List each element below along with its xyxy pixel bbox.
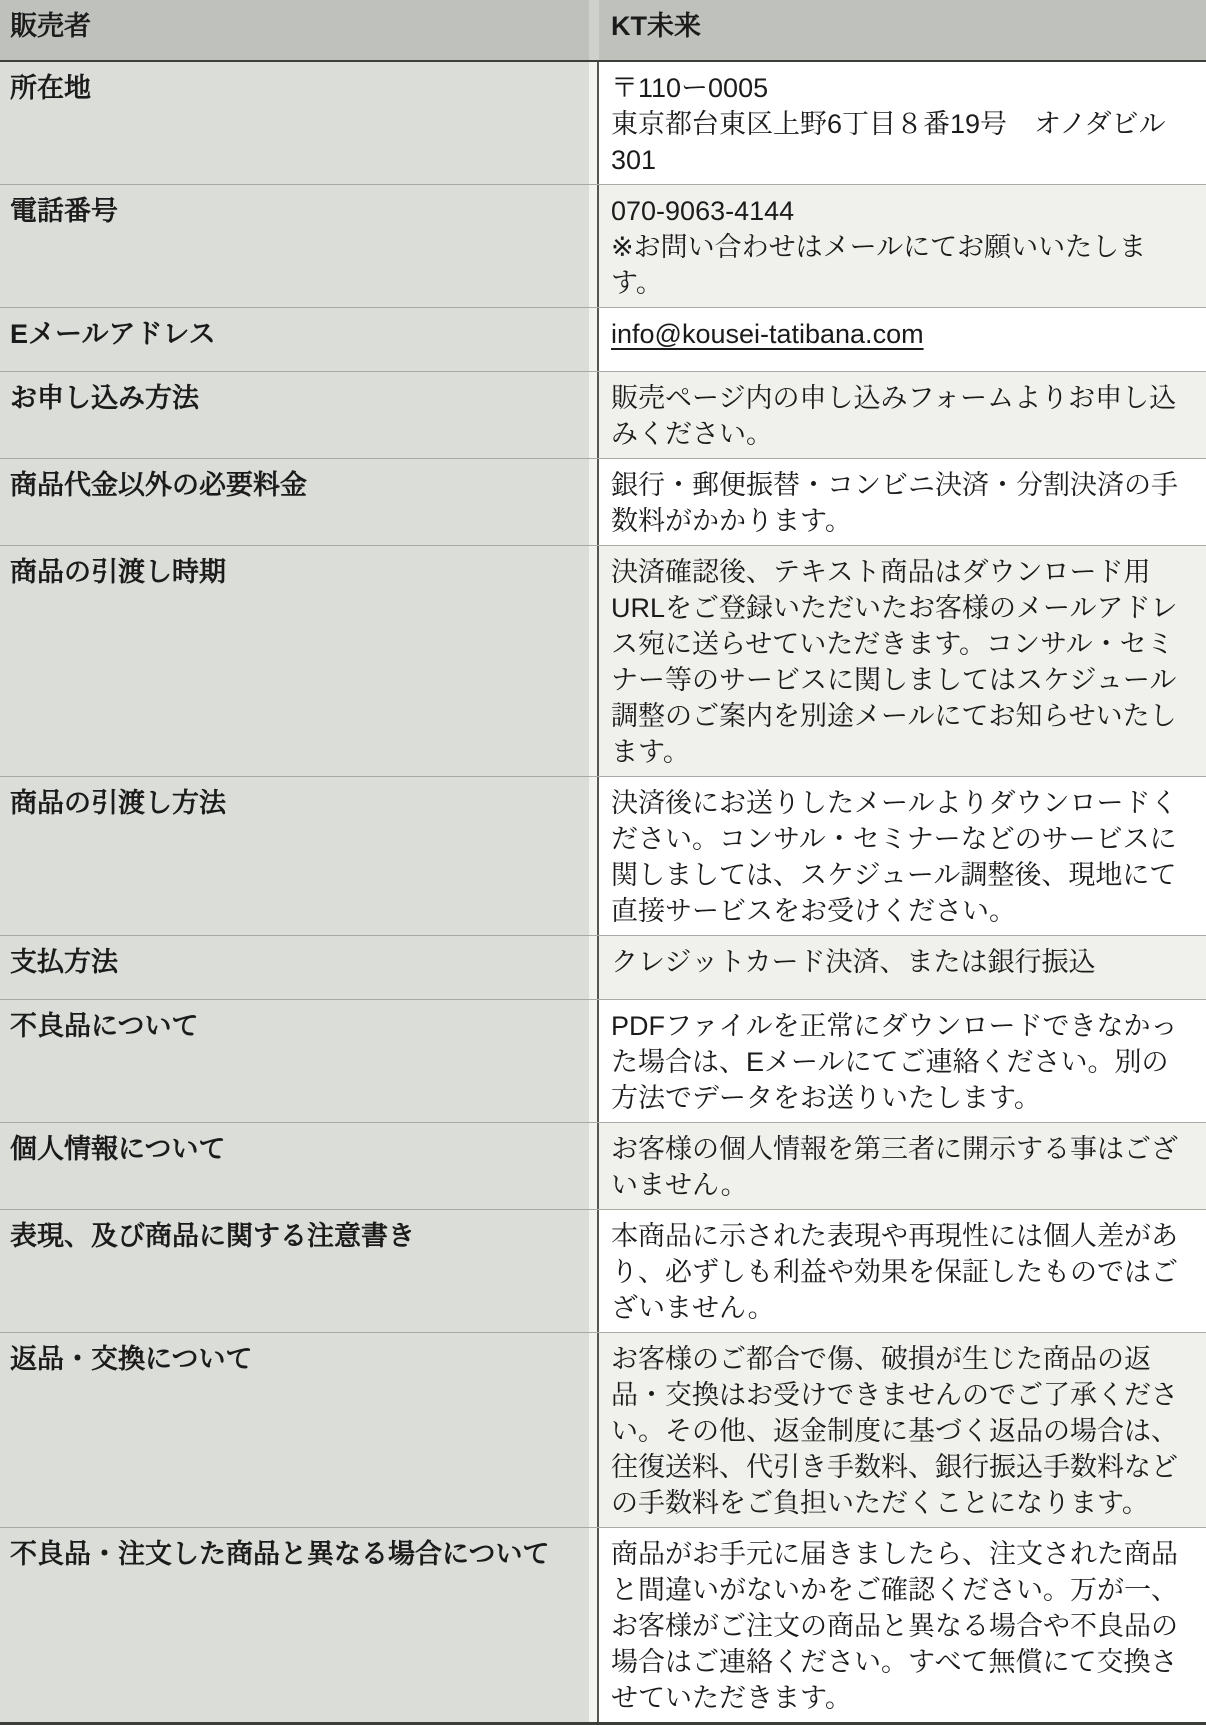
row-value: 販売ページ内の申し込みフォームよりお申し込みください。 (599, 372, 1206, 458)
column-divider-gap (589, 1123, 597, 1209)
row-value: PDFファイルを正常にダウンロードできなかった場合は、Eメールにてご連絡ください… (599, 1000, 1206, 1122)
column-divider-gap (589, 0, 597, 60)
row-label: 商品代金以外の必要料金 (0, 459, 589, 545)
row-label: 商品の引渡し方法 (0, 777, 589, 935)
table-row: 商品の引渡し方法 決済後にお送りしたメールよりダウンロードください。コンサル・セ… (0, 777, 1206, 936)
row-value: お客様のご都合で傷、破損が生じた商品の返品・交換はお受けできませんのでご了承くだ… (599, 1333, 1206, 1527)
row-label: 不良品について (0, 1000, 589, 1122)
row-value: 070-9063-4144※お問い合わせはメールにてお願いいたします。 (599, 185, 1206, 307)
row-value: KT未来 (599, 0, 1206, 60)
column-divider-gap (589, 372, 597, 458)
column-divider-gap (589, 308, 597, 371)
column-divider-gap (589, 459, 597, 545)
table-row: Eメールアドレス info@kousei-tatibana.com (0, 308, 1206, 372)
table-row: お申し込み方法 販売ページ内の申し込みフォームよりお申し込みください。 (0, 372, 1206, 459)
row-value: 商品がお手元に届きましたら、注文された商品と間違いがないかをご確認ください。万が… (599, 1528, 1206, 1722)
row-label: Eメールアドレス (0, 308, 589, 371)
table-row: 商品代金以外の必要料金 銀行・郵便振替・コンビニ決済・分割決済の手数料がかかりま… (0, 459, 1206, 546)
table-row: 販売者 KT未来 (0, 0, 1206, 62)
row-label: 返品・交換について (0, 1333, 589, 1527)
email-link[interactable]: info@kousei-tatibana.com (611, 319, 924, 349)
table-row: 商品の引渡し時期 決済確認後、テキスト商品はダウンロード用URLをご登録いただい… (0, 546, 1206, 777)
column-divider-gap (589, 1000, 597, 1122)
column-divider-gap (589, 1333, 597, 1527)
row-label: 販売者 (0, 0, 589, 60)
column-divider-gap (589, 1528, 597, 1722)
row-value: 決済確認後、テキスト商品はダウンロード用URLをご登録いただいたお客様のメールア… (599, 546, 1206, 776)
row-label: 電話番号 (0, 185, 589, 307)
column-divider-gap (589, 777, 597, 935)
row-label: 支払方法 (0, 936, 589, 999)
row-value: 本商品に示された表現や再現性には個人差があり、必ずしも利益や効果を保証したもので… (599, 1210, 1206, 1332)
column-divider-gap (589, 1210, 597, 1332)
row-label: 商品の引渡し時期 (0, 546, 589, 776)
row-value: お客様の個人情報を第三者に開示する事はございません。 (599, 1123, 1206, 1209)
table-row: 個人情報について お客様の個人情報を第三者に開示する事はございません。 (0, 1123, 1206, 1210)
table-row: 返品・交換について お客様のご都合で傷、破損が生じた商品の返品・交換はお受けでき… (0, 1333, 1206, 1528)
row-label: 不良品・注文した商品と異なる場合について (0, 1528, 589, 1722)
column-divider-gap (589, 936, 597, 999)
row-label: 個人情報について (0, 1123, 589, 1209)
column-divider-gap (589, 185, 597, 307)
legal-disclosure-table: 販売者 KT未来 所在地 〒110ー0005東京都台東区上野6丁目８番19号 オ… (0, 0, 1206, 1725)
table-row: 不良品・注文した商品と異なる場合について 商品がお手元に届きましたら、注文された… (0, 1528, 1206, 1725)
row-value: 〒110ー0005東京都台東区上野6丁目８番19号 オノダビル301 (599, 62, 1206, 184)
legal-disclosure-page: 販売者 KT未来 所在地 〒110ー0005東京都台東区上野6丁目８番19号 オ… (0, 0, 1206, 1725)
table-row: 支払方法 クレジットカード決済、または銀行振込 (0, 936, 1206, 1000)
column-divider-gap (589, 62, 597, 184)
row-label: 表現、及び商品に関する注意書き (0, 1210, 589, 1332)
table-row: 表現、及び商品に関する注意書き 本商品に示された表現や再現性には個人差があり、必… (0, 1210, 1206, 1333)
row-label: 所在地 (0, 62, 589, 184)
table-row: 不良品について PDFファイルを正常にダウンロードできなかった場合は、Eメールに… (0, 1000, 1206, 1123)
row-value: 銀行・郵便振替・コンビニ決済・分割決済の手数料がかかります。 (599, 459, 1206, 545)
row-label: お申し込み方法 (0, 372, 589, 458)
table-row: 電話番号 070-9063-4144※お問い合わせはメールにてお願いいたします。 (0, 185, 1206, 308)
row-value: info@kousei-tatibana.com (599, 308, 1206, 371)
column-divider-gap (589, 546, 597, 776)
table-row: 所在地 〒110ー0005東京都台東区上野6丁目８番19号 オノダビル301 (0, 62, 1206, 185)
row-value: 決済後にお送りしたメールよりダウンロードください。コンサル・セミナーなどのサービ… (599, 777, 1206, 935)
row-value: クレジットカード決済、または銀行振込 (599, 936, 1206, 999)
